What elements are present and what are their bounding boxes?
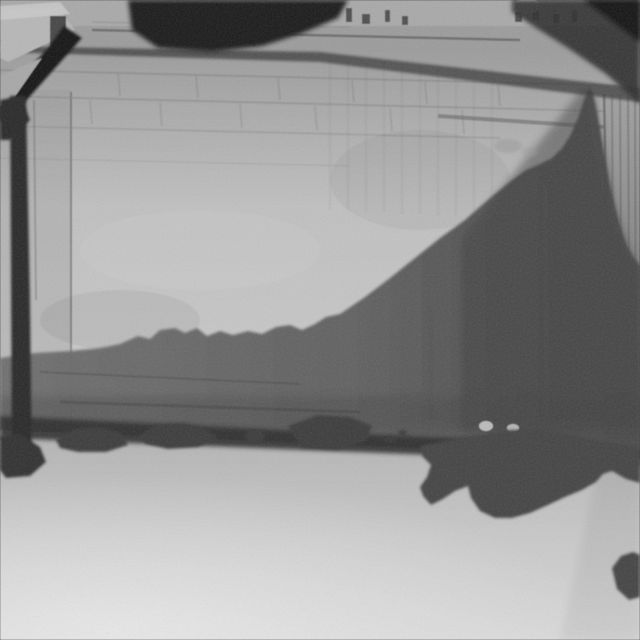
photograph xyxy=(0,0,640,640)
photo-canvas xyxy=(0,0,640,640)
film-grain-overlay xyxy=(0,0,640,640)
